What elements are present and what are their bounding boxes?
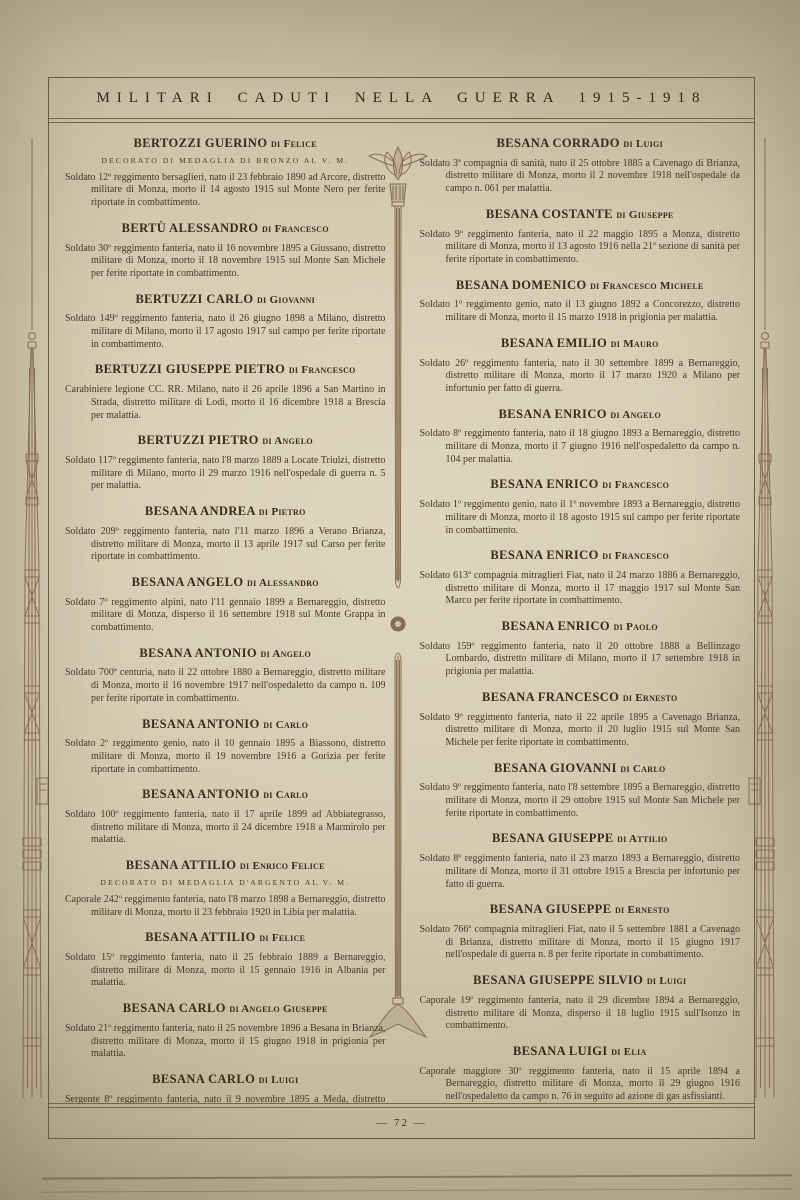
soldier-entry: BESANA ANTONIO di CarloSoldato 2º reggim…: [65, 718, 386, 777]
soldier-paternity: di Angelo: [261, 648, 312, 660]
soldier-entry: BERTUZZI GIUSEPPE PIETRO di FrancescoCar…: [65, 363, 386, 422]
entry-text: Soldato 3ª compagnia di sanità, nato il …: [420, 158, 741, 196]
soldier-entry: BESANA ENRICO di FrancescoSoldato 613ª c…: [420, 549, 741, 608]
soldier-name: BESANA CORRADO di Luigi: [420, 137, 741, 151]
soldier-name: BERTUZZI CARLO di Giovanni: [65, 293, 386, 307]
soldier-name: BESANA EMILIO di Mauro: [420, 337, 741, 351]
entry-text: Soldato 21º reggimento fanteria, nato il…: [65, 1023, 386, 1061]
soldier-name: BESANA ENRICO di Francesco: [420, 549, 741, 563]
soldier-fullname: BESANA EMILIO: [501, 336, 607, 350]
soldier-entry: BESANA GIUSEPPE di AttilioSoldato 8º reg…: [420, 832, 741, 891]
soldier-fullname: BERTÙ ALESSANDRO: [122, 221, 259, 235]
soldier-fullname: BERTUZZI GIUSEPPE PIETRO: [95, 362, 285, 376]
soldier-paternity: di Francesco: [262, 223, 329, 235]
entry-text: Soldato 7º reggimento alpini, nato l'11 …: [65, 597, 386, 635]
soldier-name: BESANA ANTONIO di Carlo: [65, 718, 386, 732]
soldier-entry: BESANA ATTILIO di Enrico FeliceDECORATO …: [65, 859, 386, 919]
soldier-fullname: BESANA ANTONIO: [142, 787, 260, 801]
soldier-paternity: di Elia: [611, 1046, 646, 1058]
soldier-entry: BESANA ENRICO di AngeloSoldato 8º reggim…: [420, 408, 741, 467]
soldier-paternity: di Ernesto: [623, 692, 678, 704]
soldier-fullname: BESANA DOMENICO: [456, 278, 587, 292]
soldier-fullname: BESANA GIOVANNI: [494, 761, 617, 775]
column-gutter: [386, 125, 420, 1103]
soldier-paternity: di Attilio: [617, 833, 667, 845]
entry-text: Soldato 2º reggimento genio, nato il 10 …: [65, 738, 386, 776]
soldier-name: BERTUZZI GIUSEPPE PIETRO di Francesco: [65, 363, 386, 377]
soldier-fullname: BESANA COSTANTE: [486, 207, 613, 221]
soldier-fullname: BESANA GIUSEPPE: [490, 902, 612, 916]
soldier-entry: BESANA CARLO di LuigiSergente 8º reggime…: [65, 1073, 386, 1103]
soldier-name: BESANA CARLO di Luigi: [65, 1073, 386, 1087]
soldier-paternity: di Luigi: [647, 975, 687, 987]
entry-text: Soldato 613ª compagnia mitraglieri Fiat,…: [420, 570, 741, 608]
soldier-entry: BESANA CORRADO di LuigiSoldato 3ª compag…: [420, 137, 741, 196]
soldier-fullname: BESANA GIUSEPPE: [492, 831, 614, 845]
entry-text: Soldato 12º reggimento bersaglieri, nato…: [65, 172, 386, 210]
soldier-paternity: di Luigi: [623, 138, 663, 150]
entry-text: Soldato 159º reggimento fanteria, nato i…: [420, 641, 741, 679]
soldier-fullname: BESANA ENRICO: [490, 477, 598, 491]
soldier-fullname: BESANA ANTONIO: [139, 646, 257, 660]
soldier-name: BESANA CARLO di Angelo Giuseppe: [65, 1002, 386, 1016]
soldier-entry: BESANA LUIGI di EliaCaporale maggiore 30…: [420, 1045, 741, 1103]
soldier-name: BESANA ANTONIO di Angelo: [65, 647, 386, 661]
soldier-paternity: di Alessandro: [247, 577, 319, 589]
soldier-fullname: BESANA ENRICO: [490, 548, 598, 562]
soldier-name: BESANA ENRICO di Francesco: [420, 478, 741, 492]
entry-text: Soldato 766ª compagnia mitraglieri Fiat,…: [420, 924, 741, 962]
soldier-name: BESANA DOMENICO di Francesco Michele: [420, 279, 741, 293]
entry-text: Carabiniere legione CC. RR. Milano, nato…: [65, 384, 386, 422]
entry-text: Sergente 8º reggimento fanteria, nato il…: [65, 1094, 386, 1103]
soldier-name: BESANA ANGELO di Alessandro: [65, 576, 386, 590]
soldier-name: BESANA GIUSEPPE SILVIO di Luigi: [420, 974, 741, 988]
soldier-fullname: BERTOZZI GUERINO: [134, 136, 268, 150]
soldier-entry: BESANA ENRICO di PaoloSoldato 159º reggi…: [420, 620, 741, 679]
soldier-entry: BESANA EMILIO di MauroSoldato 26º reggim…: [420, 337, 741, 396]
soldier-paternity: di Felice: [259, 932, 305, 944]
soldier-fullname: BESANA ANDREA: [145, 504, 255, 518]
soldier-paternity: di Francesco Michele: [590, 280, 704, 292]
soldier-entry: BESANA ANTONIO di CarloSoldato 100º regg…: [65, 788, 386, 847]
entry-text: Soldato 209º reggimento fanteria, nato l…: [65, 526, 386, 564]
entry-text: Soldato 9º reggimento fanteria, nato il …: [420, 712, 741, 750]
soldier-fullname: BERTUZZI CARLO: [135, 292, 253, 306]
soldier-paternity: di Francesco: [289, 364, 356, 376]
soldier-name: BESANA ATTILIO di Enrico Felice: [65, 859, 386, 873]
soldier-name: BERTÙ ALESSANDRO di Francesco: [65, 222, 386, 236]
entry-text: Soldato 8º reggimento fanteria, nato il …: [420, 853, 741, 891]
left-column: BERTOZZI GUERINO di FeliceDECORATO DI ME…: [65, 125, 386, 1103]
soldier-name: BESANA GIUSEPPE di Ernesto: [420, 903, 741, 917]
soldier-paternity: di Angelo Giuseppe: [229, 1003, 327, 1015]
entry-text: Soldato 15º reggimento fanteria, nato il…: [65, 952, 386, 990]
soldier-entry: BESANA ANDREA di PietroSoldato 209º regg…: [65, 505, 386, 564]
content-columns: BERTOZZI GUERINO di FeliceDECORATO DI ME…: [49, 123, 754, 1103]
soldier-entry: BESANA FRANCESCO di ErnestoSoldato 9º re…: [420, 691, 741, 750]
soldier-fullname: BESANA CARLO: [123, 1001, 226, 1015]
scanned-page: { "page": { "title": "MILITARI CADUTI NE…: [0, 0, 800, 1200]
soldier-paternity: di Carlo: [263, 789, 308, 801]
soldier-name: BERTUZZI PIETRO di Angelo: [65, 434, 386, 448]
entry-text: Soldato 9º reggimento fanteria, nato il …: [420, 229, 741, 267]
soldier-name: BESANA GIUSEPPE di Attilio: [420, 832, 741, 846]
entry-text: Soldato 9º reggimento fanteria, nato l'8…: [420, 782, 741, 820]
soldier-entry: BESANA GIUSEPPE SILVIO di LuigiCaporale …: [420, 974, 741, 1033]
soldier-fullname: BESANA CORRADO: [497, 136, 620, 150]
soldier-entry: BERTUZZI CARLO di GiovanniSoldato 149º r…: [65, 293, 386, 352]
soldier-fullname: BESANA GIUSEPPE SILVIO: [473, 973, 643, 987]
soldier-paternity: di Giovanni: [257, 294, 315, 306]
soldier-fullname: BESANA ENRICO: [502, 619, 610, 633]
soldier-paternity: di Francesco: [602, 479, 669, 491]
paper-edge-shadow: [42, 1174, 792, 1192]
soldier-entry: BESANA GIOVANNI di CarloSoldato 9º reggi…: [420, 762, 741, 821]
entry-text: Soldato 8º reggimento fanteria, nato il …: [420, 428, 741, 466]
soldier-entry: BERTOZZI GUERINO di FeliceDECORATO DI ME…: [65, 137, 386, 210]
soldier-entry: BESANA ANTONIO di AngeloSoldato 700ª cen…: [65, 647, 386, 706]
soldier-paternity: di Francesco: [602, 550, 669, 562]
right-column: BESANA CORRADO di LuigiSoldato 3ª compag…: [420, 125, 741, 1103]
soldier-name: BESANA ENRICO di Paolo: [420, 620, 741, 634]
soldier-entry: BESANA ENRICO di FrancescoSoldato 1º reg…: [420, 478, 741, 537]
soldier-name: BESANA ENRICO di Angelo: [420, 408, 741, 422]
soldier-name: BESANA ANDREA di Pietro: [65, 505, 386, 519]
soldier-paternity: di Angelo: [262, 435, 313, 447]
soldier-fullname: BESANA LUIGI: [513, 1044, 608, 1058]
entry-text: Soldato 26º reggimento fanteria, nato il…: [420, 358, 741, 396]
soldier-paternity: di Carlo: [263, 719, 308, 731]
soldier-entry: BESANA COSTANTE di GiuseppeSoldato 9º re…: [420, 208, 741, 267]
soldier-entry: BESANA ANGELO di AlessandroSoldato 7º re…: [65, 576, 386, 635]
entry-text: Soldato 149º reggimento fanteria, nato i…: [65, 313, 386, 351]
soldier-paternity: di Carlo: [620, 763, 665, 775]
soldier-fullname: BESANA ANTONIO: [142, 717, 260, 731]
entry-text: Soldato 700ª centuria, nato il 22 ottobr…: [65, 667, 386, 705]
soldier-fullname: BESANA FRANCESCO: [482, 690, 619, 704]
entry-text: Soldato 1º reggimento genio, nato il 1º …: [420, 499, 741, 537]
soldier-paternity: di Enrico Felice: [240, 860, 325, 872]
soldier-paternity: di Luigi: [259, 1074, 299, 1086]
decoration-line: DECORATO DI MEDAGLIA D'ARGENTO AL V. M.: [65, 878, 386, 887]
soldier-entry: BERTUZZI PIETRO di AngeloSoldato 117º re…: [65, 434, 386, 493]
entry-text: Soldato 30º reggimento fanteria, nato il…: [65, 243, 386, 281]
decoration-line: DECORATO DI MEDAGLIA DI BRONZO AL V. M.: [65, 156, 386, 165]
soldier-entry: BESANA ATTILIO di FeliceSoldato 15º regg…: [65, 931, 386, 990]
soldier-name: BESANA ATTILIO di Felice: [65, 931, 386, 945]
entry-text: Soldato 100º reggimento fanteria, nato i…: [65, 809, 386, 847]
entry-text: Caporale 242º reggimento fanteria, nato …: [65, 894, 386, 919]
soldier-name: BESANA FRANCESCO di Ernesto: [420, 691, 741, 705]
soldier-fullname: BESANA CARLO: [152, 1072, 255, 1086]
soldier-fullname: BESANA ATTILIO: [126, 858, 237, 872]
soldier-fullname: BESANA ANGELO: [132, 575, 244, 589]
soldier-fullname: BERTUZZI PIETRO: [138, 433, 259, 447]
soldier-fullname: BESANA ENRICO: [499, 407, 607, 421]
page-frame: MILITARI CADUTI NELLA GUERRA 1915-1918 B…: [48, 77, 755, 1139]
soldier-paternity: di Giuseppe: [616, 209, 673, 221]
soldier-paternity: di Ernesto: [615, 904, 670, 916]
soldier-entry: BERTÙ ALESSANDRO di FrancescoSoldato 30º…: [65, 222, 386, 281]
soldier-paternity: di Pietro: [259, 506, 306, 518]
page-title: MILITARI CADUTI NELLA GUERRA 1915-1918: [49, 78, 754, 118]
soldier-paternity: di Paolo: [614, 621, 658, 633]
entry-text: Caporale maggiore 30º reggimento fanteri…: [420, 1066, 741, 1103]
left-fasces-ornament: [5, 138, 49, 1113]
soldier-name: BESANA LUIGI di Elia: [420, 1045, 741, 1059]
soldier-paternity: di Mauro: [611, 338, 659, 350]
page-number: — 72 —: [49, 1108, 754, 1138]
soldier-name: BESANA ANTONIO di Carlo: [65, 788, 386, 802]
soldier-entry: BESANA DOMENICO di Francesco MicheleSold…: [420, 279, 741, 325]
soldier-name: BESANA COSTANTE di Giuseppe: [420, 208, 741, 222]
soldier-entry: BESANA GIUSEPPE di ErnestoSoldato 766ª c…: [420, 903, 741, 962]
soldier-paternity: di Angelo: [610, 409, 661, 421]
entry-text: Soldato 117º reggimento fanteria, nato l…: [65, 455, 386, 493]
soldier-name: BESANA GIOVANNI di Carlo: [420, 762, 741, 776]
soldier-entry: BESANA CARLO di Angelo GiuseppeSoldato 2…: [65, 1002, 386, 1061]
entry-text: Caporale 19º reggimento fanteria, nato i…: [420, 995, 741, 1033]
soldier-name: BERTOZZI GUERINO di Felice: [65, 137, 386, 151]
soldier-fullname: BESANA ATTILIO: [145, 930, 256, 944]
entry-text: Soldato 1º reggimento genio, nato il 13 …: [420, 299, 741, 324]
soldier-paternity: di Felice: [271, 138, 317, 150]
